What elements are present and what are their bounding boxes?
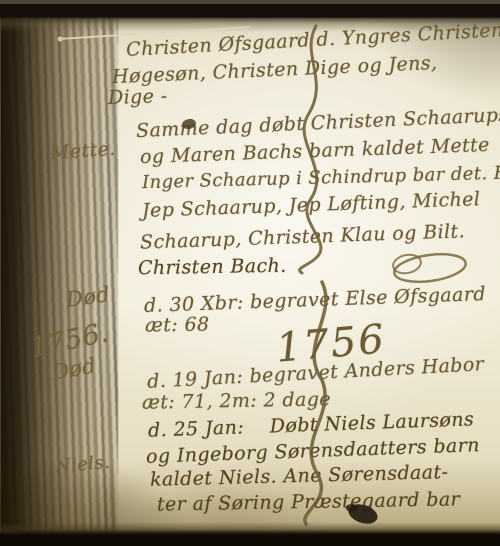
manuscript-line: ter af Søring Præstegaard bar	[157, 490, 460, 514]
year-heading: 1756	[274, 319, 387, 368]
bottom-binding-edge	[0, 522, 500, 546]
margin-note-name: Niels.	[54, 454, 111, 477]
manuscript-line: æt: 71, 2m: 2 dage	[142, 390, 331, 412]
manuscript-line: Dige -	[108, 87, 168, 108]
manuscript-line: Christen Bach.	[138, 257, 287, 279]
register-page-photo: Christen Øfsgaard d. Yngres Christen Høg…	[0, 0, 500, 546]
manuscript-line: æt: 68	[145, 315, 210, 335]
margin-note-name: Mette.	[49, 140, 116, 164]
